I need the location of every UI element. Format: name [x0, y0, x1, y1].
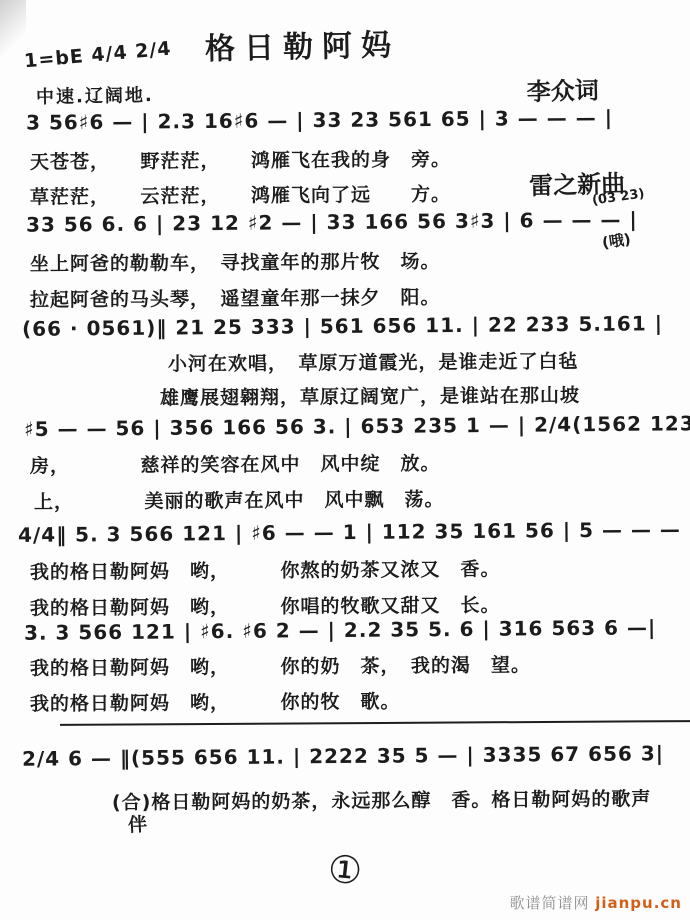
notation-line-1: 3 56♯6 — | 2.3 16♯6 — | 33 23 561 65 | 3… — [26, 105, 613, 134]
section-divider-line — [60, 720, 690, 726]
accompaniment-label: 伴 — [127, 810, 147, 838]
key-signature: 1=bE 4/4 2/4 — [23, 38, 172, 73]
lyric-line-1b: 草茫茫， 云茫茫， 鸿雁飞向了远 方。 — [30, 180, 451, 210]
notation-line-4: ♯5 — — 56 | 356 166 56 3. | 653 235 1 — … — [24, 411, 690, 441]
vocalise-annotation: (哦) — [601, 228, 632, 253]
sheet-music-page: 1=bE 4/4 2/4 中速.辽阔地. 格日勒阿妈 李众词 雷之新曲 3 56… — [0, 0, 690, 920]
lyricist-credit: 李众词 — [526, 75, 623, 109]
scan-shadow — [0, 0, 26, 60]
song-title: 格日勒阿妈 — [205, 20, 401, 68]
lyric-line-4b: 上， 美丽的歌声在风中 风中飘 荡。 — [34, 485, 445, 515]
lyric-line-7a: (合)格日勒阿妈的奶茶，永远那么醇 香。格日勒阿妈的歌声 — [112, 784, 652, 815]
lyric-line-2b: 拉起阿爸的马头琴， 遥望童年那一抹夕 阳。 — [30, 283, 441, 313]
lyric-line-3b: 雄鹰展翅翱翔，草原辽阔宽广，是谁站在那山坡 — [160, 381, 580, 411]
lyric-line-6b: 我的格日勒阿妈 哟， 你的牧 歌。 — [30, 687, 401, 717]
notation-line-6: 3. 3 566 121 | ♯6. ♯6 2 — | 2.2 35 5. 6 … — [24, 615, 656, 645]
watermark-site-url: jianpu.cn — [595, 894, 682, 912]
watermark-site-name: 歌谱简谱网 — [509, 894, 595, 912]
lyric-line-3a: 小河在欢唱， 草原万道霞光，是谁走近了白毡 — [168, 347, 579, 377]
notation-line-5: 4/4‖ 5. 3 566 121 | ♯6 — — 1 | 112 35 16… — [18, 517, 690, 547]
lyric-line-1a: 天苍苍， 野茫茫， 鸿雁飞在我的身 旁。 — [30, 145, 451, 175]
lyric-line-6a: 我的格日勒阿妈 哟， 你的奶 茶， 我的渴 望。 — [30, 650, 531, 680]
lyric-line-4a: 房， 慈祥的笑容在风中 风中绽 放。 — [30, 449, 441, 479]
notation-line-7: 2/4 6 — ‖(555 656 11. | 2222 35 5 — | 33… — [22, 741, 664, 771]
lyric-line-5b: 我的格日勒阿妈 哟， 你唱的牧歌又甜又 长。 — [30, 590, 501, 620]
page-number: ① — [326, 846, 364, 893]
watermark: 歌谱简谱网 jianpu.cn — [509, 892, 682, 913]
lyric-line-2a: 坐上阿爸的勒勒车， 寻找童年的那片牧 场。 — [30, 247, 441, 277]
notation-line-3: (66 · 0561)‖ 21 25 333 | 561 656 11. | 2… — [22, 311, 663, 341]
lyric-line-5a: 我的格日勒阿妈 哟， 你熬的奶茶又浓又 香。 — [30, 554, 501, 584]
tempo-marking: 中速.辽阔地. — [36, 81, 154, 109]
